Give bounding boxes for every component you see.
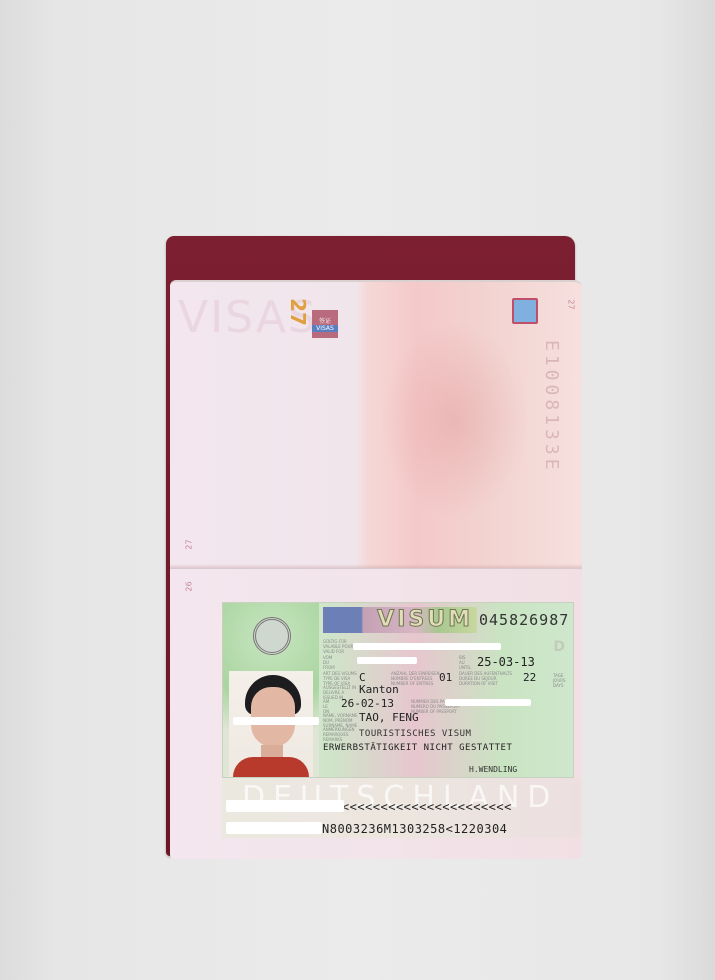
label-duration-of-stay: DAUER DES AUFENTHALTSDUREE DU SEJOURDURA… xyxy=(459,671,512,686)
side-page-number-right-top: 27 xyxy=(567,299,576,309)
issue-date: 26-02-13 xyxy=(341,697,394,710)
label-remarks: ANMERKUNGENREMARQUESREMARKS xyxy=(323,727,355,742)
duration-of-stay: 22 xyxy=(523,671,536,684)
visum-title: VISUM xyxy=(323,607,477,633)
visa-restriction: ERWERBSTÄTIGKEIT NICHT GESTATTET xyxy=(323,743,512,753)
redaction-from-date xyxy=(357,657,417,664)
label-surname-name: NAME, VORNAMENOM, PRENOMSURNAME, NAME xyxy=(323,713,358,728)
label-until: BISAUUNTIL xyxy=(459,655,471,670)
visa-sticker: VISUM 045826987 D GÜLTIG FÜRVALABLE POUR… xyxy=(222,602,574,778)
number-of-entries: 01 xyxy=(439,671,452,684)
badge-chinese-text: 签证 xyxy=(319,316,331,325)
label-days: TAGEJOURSDAYS xyxy=(553,673,566,688)
label-type-of-visa: ART DES VISUMSTYPE DE VISATYPE OF VISA xyxy=(323,671,357,686)
emblem-icon xyxy=(512,298,538,324)
officer-signature: H.WENDLING xyxy=(469,765,517,774)
label-valid-for: GÜLTIG FÜRVALABLE POURVALID FOR xyxy=(323,639,353,654)
redaction-valid-for xyxy=(353,643,501,650)
redaction-eyes xyxy=(233,717,319,725)
side-page-number-left-top: 27 xyxy=(185,539,194,549)
redaction-mrz-line1 xyxy=(226,800,344,812)
badge-label: VISAS xyxy=(312,325,338,332)
label-on: AMLEON xyxy=(323,699,329,714)
side-page-number-left-bottom: 26 xyxy=(185,581,194,591)
redaction-passport-number xyxy=(445,699,531,706)
valid-until: 25-03-13 xyxy=(477,655,535,669)
label-from: VOMDUFROM xyxy=(323,655,335,670)
visa-number: 045826987 xyxy=(479,611,569,629)
issued-in: Kanton xyxy=(359,683,399,696)
issuing-state-code: D xyxy=(553,639,565,655)
perforated-serial: E1008133E xyxy=(540,340,562,540)
mrz-line-2: N8003236M1303258<1220304 xyxy=(322,822,507,836)
background-print xyxy=(380,320,530,520)
holder-name: TAO, FENG xyxy=(359,711,419,724)
photo-shirt xyxy=(233,757,309,777)
machine-readable-zone: DEUTSCHLAND VCD<<TAO<<FENG<<<<<<<<<<<<<<… xyxy=(222,778,580,838)
visa-remarks: TOURISTISCHES VISUM xyxy=(359,729,471,739)
photo-area xyxy=(223,603,319,777)
visas-badge: 签证 VISAS xyxy=(312,310,338,338)
redaction-mrz-line2 xyxy=(226,822,322,834)
page-number: 27 xyxy=(286,298,310,326)
seal-icon xyxy=(253,617,291,655)
